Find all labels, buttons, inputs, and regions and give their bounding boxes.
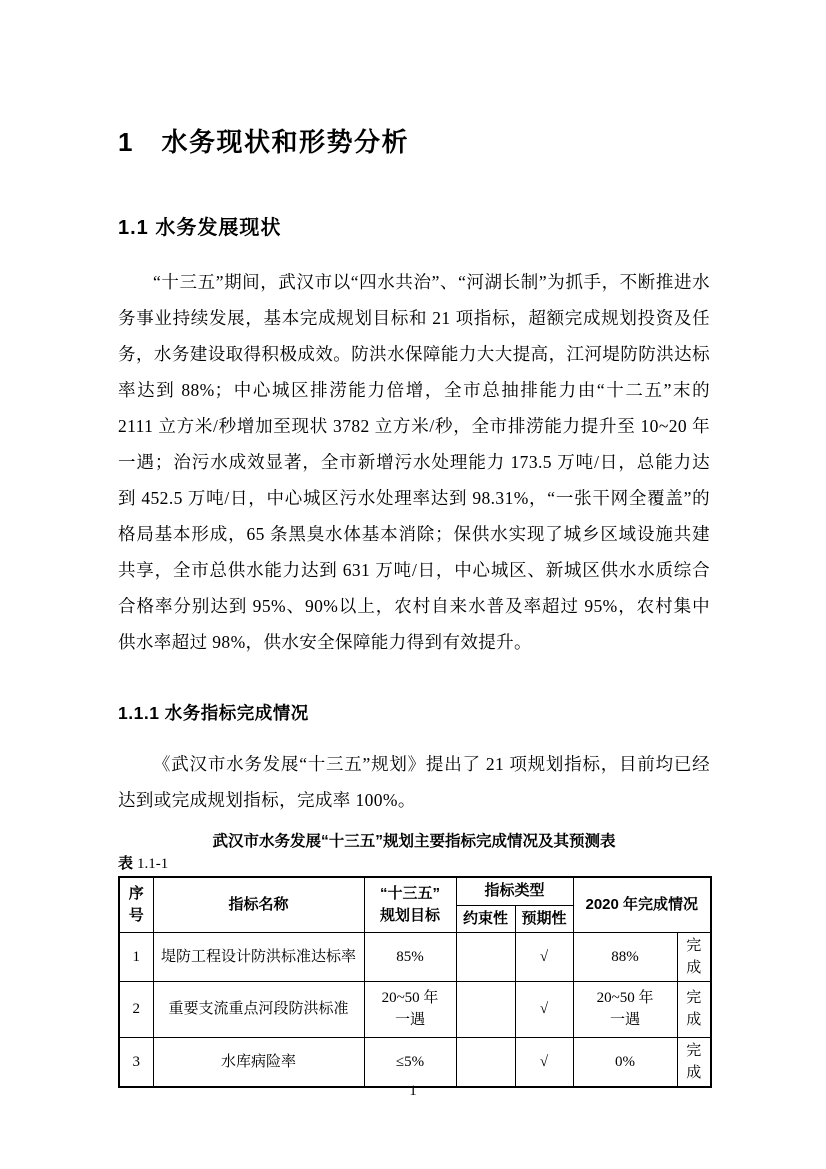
table-row: 2 重要支流重点河段防洪标准 20~50 年 一遇 √ 20~50 年 一遇 完… — [119, 981, 711, 1037]
chapter-heading: 1 水务现状和形势分析 — [118, 124, 710, 160]
cell-index: 3 — [119, 1037, 153, 1087]
cell-status: 完成 — [677, 1037, 711, 1087]
table-title: 武汉市水务发展“十三五”规划主要指标完成情况及其预测表 — [118, 832, 710, 852]
table-caption-label: 表 — [118, 855, 133, 872]
table-row: 3 水库病险率 ≤5% √ 0% 完成 — [119, 1037, 711, 1087]
cell-indicator-name: 水库病险率 — [153, 1037, 364, 1087]
cell-expected-checkmark: √ — [515, 1037, 573, 1087]
header-index: 序号 — [119, 877, 153, 932]
cell-index: 2 — [119, 981, 153, 1037]
cell-expected-checkmark: √ — [515, 981, 573, 1037]
paragraph-overview: “十三五”期间，武汉市以“四水共治”、“河湖长制”为抓手，不断推进水务事业持续发… — [118, 264, 710, 660]
section-heading: 1.1 水务发展现状 — [118, 214, 710, 242]
cell-indicator-name: 堤防工程设计防洪标准达标率 — [153, 932, 364, 981]
subsection-heading: 1.1.1 水务指标完成情况 — [118, 700, 710, 726]
table-row: 1 堤防工程设计防洪标准达标率 85% √ 88% 完成 — [119, 932, 711, 981]
cell-constraint — [456, 1037, 515, 1087]
cell-completion-value: 20~50 年 一遇 — [573, 981, 677, 1037]
cell-status: 完成 — [677, 932, 711, 981]
document-page: 1 水务现状和形势分析 1.1 水务发展现状 “十三五”期间，武汉市以“四水共治… — [0, 0, 826, 1169]
cell-plan-target: ≤5% — [364, 1037, 456, 1087]
header-indicator-name: 指标名称 — [153, 877, 364, 932]
header-constraint-type: 约束性 — [456, 905, 515, 932]
cell-indicator-name: 重要支流重点河段防洪标准 — [153, 981, 364, 1037]
table-header-row-1: 序号 指标名称 “十三五” 规划目标 指标类型 2020 年完成情况 — [119, 877, 711, 905]
cell-plan-target: 20~50 年 一遇 — [364, 981, 456, 1037]
cell-expected-checkmark: √ — [515, 932, 573, 981]
cell-constraint — [456, 932, 515, 981]
cell-completion-value: 88% — [573, 932, 677, 981]
header-2020-completion: 2020 年完成情况 — [573, 877, 711, 932]
header-indicator-type: 指标类型 — [456, 877, 573, 905]
page-content: 1 水务现状和形势分析 1.1 水务发展现状 “十三五”期间，武汉市以“四水共治… — [0, 0, 826, 1088]
page-number: 1 — [0, 1083, 826, 1100]
header-plan-target: “十三五” 规划目标 — [364, 877, 456, 932]
header-expected-type: 预期性 — [515, 905, 573, 932]
cell-constraint — [456, 981, 515, 1037]
table-caption-number: 1.1-1 — [137, 856, 168, 872]
cell-plan-target: 85% — [364, 932, 456, 981]
table-caption: 表1.1-1 — [118, 855, 710, 873]
indicators-table: 序号 指标名称 “十三五” 规划目标 指标类型 2020 年完成情况 约束性 预… — [118, 876, 712, 1088]
paragraph-indicators: 《武汉市水务发展“十三五”规划》提出了 21 项规划指标，目前均已经达到或完成规… — [118, 746, 710, 818]
cell-status: 完成 — [677, 981, 711, 1037]
cell-index: 1 — [119, 932, 153, 981]
cell-completion-value: 0% — [573, 1037, 677, 1087]
